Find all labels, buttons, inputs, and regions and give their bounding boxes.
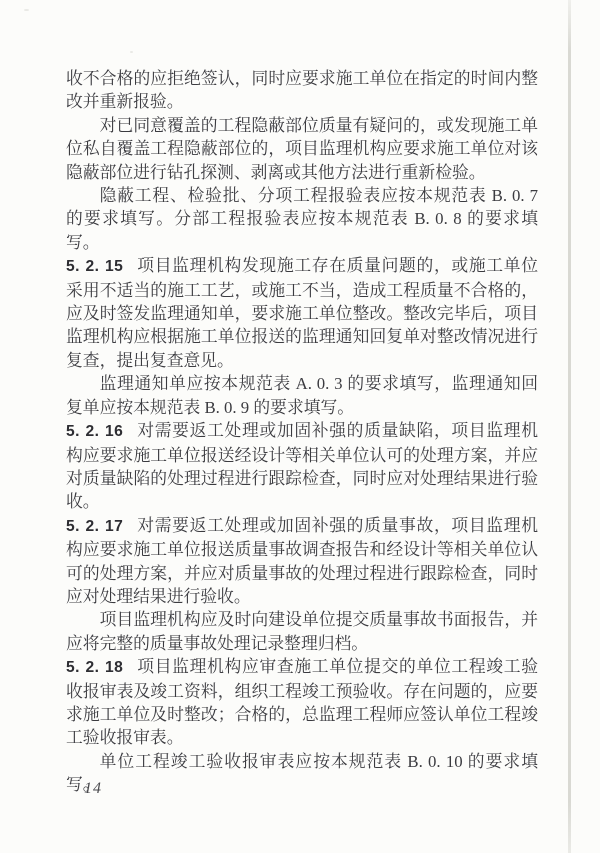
clause-number: 5. 2. 16 (66, 423, 123, 440)
clause-number: 5. 2. 17 (66, 518, 123, 535)
clause-number: 5. 2. 18 (66, 659, 123, 676)
body-paragraph: 隐蔽工程、检验批、分项工程报验表应按本规范表 B. 0. 7 的要求填写。分部工… (66, 184, 538, 254)
page-number: 14 (84, 780, 102, 798)
scan-speck (24, 9, 29, 11)
body-paragraph: 监理通知单应按本规范表 A. 0. 3 的要求填写，监理通知回复单应按本规范表 … (66, 372, 538, 419)
clause-paragraph: 5. 2. 15项目监理机构发现施工存在质量问题的，或施工单位采用不适当的施工工… (66, 254, 538, 372)
body-paragraph: 对已同意覆盖的工程隐蔽部位质量有疑问的，或发现施工单位私自覆盖工程隐蔽部位的，项… (66, 114, 538, 184)
clause-paragraph: 5. 2. 16对需要返工处理或加固补强的质量缺陷，项目监理机构应要求施工单位报… (66, 419, 538, 514)
body-paragraph: 项目监理机构应及时向建设单位提交质量事故书面报告，并应将完整的质量事故处理记录整… (66, 608, 538, 655)
scanned-document-page: 收不合格的应拒绝签认，同时应要求施工单位在指定的时间内整改并重新报验。对已同意覆… (0, 0, 600, 853)
text-block: 收不合格的应拒绝签认，同时应要求施工单位在指定的时间内整改并重新报验。对已同意覆… (66, 67, 538, 797)
body-paragraph: 单位工程竣工验收报审表应按本规范表 B. 0. 10 的要求填写。 (66, 750, 538, 797)
clause-number: 5. 2. 15 (66, 258, 123, 275)
clause-paragraph: 5. 2. 18项目监理机构应审查施工单位提交的单位工程竣工验收报审表及竣工资料… (66, 655, 538, 750)
clause-paragraph: 5. 2. 17对需要返工处理或加固补强的质量事故，项目监理机构应要求施工单位报… (66, 514, 538, 609)
scan-speck (130, 51, 133, 53)
body-paragraph: 收不合格的应拒绝签认，同时应要求施工单位在指定的时间内整改并重新报验。 (66, 67, 538, 114)
scan-edge-line (568, 0, 571, 853)
